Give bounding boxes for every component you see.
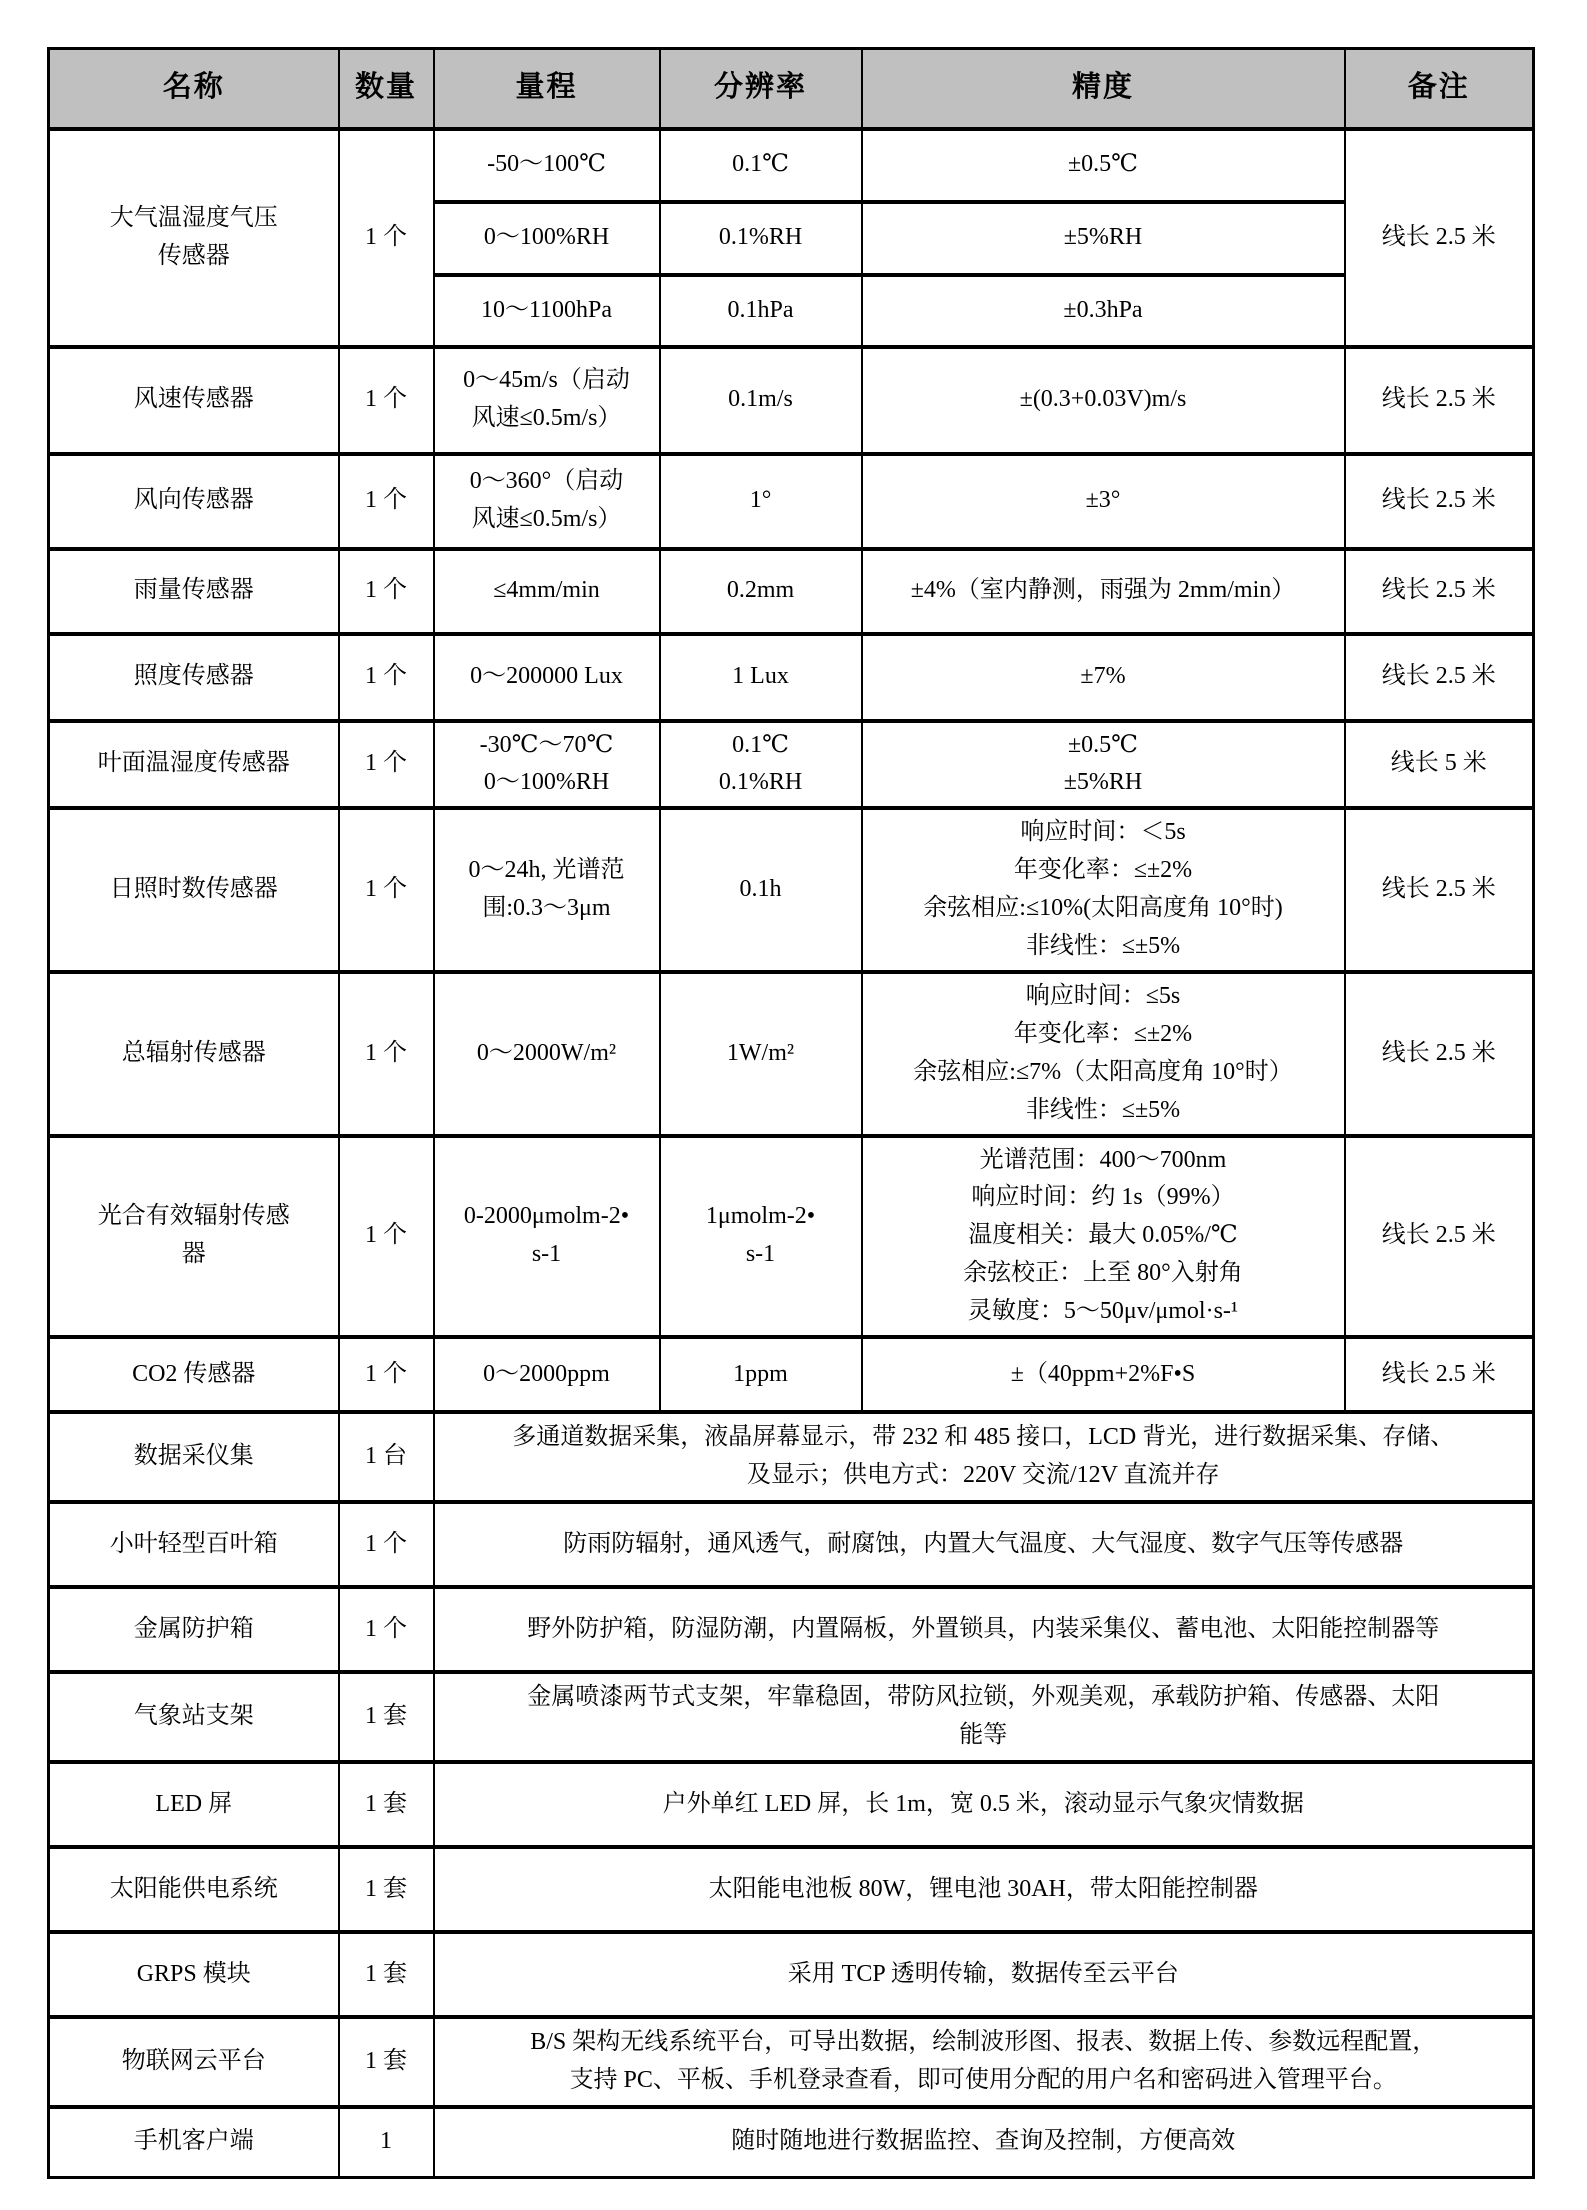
cell-qty: 1 个 — [339, 1587, 434, 1672]
table-row-wind-direction: 风向传感器 1 个 0～360°（启动 风速≤0.5m/s） 1° ±3° 线长… — [49, 454, 1534, 549]
cell-resolution: 0.2mm — [660, 549, 862, 634]
table-row-leaf: 叶面温湿度传感器 1 个 -30℃～70℃ 0～100%RH 0.1℃ 0.1%… — [49, 721, 1534, 809]
header-remark: 备注 — [1345, 49, 1534, 129]
cell-description: 野外防护箱，防湿防潮，内置隔板，外置锁具，内装采集仪、蓄电池、太阳能控制器等 — [434, 1587, 1534, 1672]
cell-qty: 1 — [339, 2107, 434, 2177]
cell-remark: 线长 2.5 米 — [1345, 808, 1534, 972]
cell-description: 随时随地进行数据监控、查询及控制，方便高效 — [434, 2107, 1534, 2177]
table-row-led-screen: LED 屏 1 套 户外单红 LED 屏，长 1m，宽 0.5 米，滚动显示气象… — [49, 1762, 1534, 1847]
cell-qty: 1 个 — [339, 129, 434, 347]
header-range: 量程 — [434, 49, 660, 129]
cell-remark: 线长 2.5 米 — [1345, 1136, 1534, 1338]
cell-sensor-name: LED 屏 — [49, 1762, 339, 1847]
cell-remark: 线长 2.5 米 — [1345, 972, 1534, 1136]
table-row-shelter: 小叶轻型百叶箱 1 个 防雨防辐射，通风透气，耐腐蚀，内置大气温度、大气湿度、数… — [49, 1502, 1534, 1587]
table-row-grps-module: GRPS 模块 1 套 采用 TCP 透明传输，数据传至云平台 — [49, 1932, 1534, 2017]
cell-range: 10～1100hPa — [434, 275, 660, 347]
cell-range: 0～2000ppm — [434, 1337, 660, 1412]
cell-sensor-name: 雨量传感器 — [49, 549, 339, 634]
table-row-illuminance: 照度传感器 1 个 0～200000 Lux 1 Lux ±7% 线长 2.5 … — [49, 634, 1534, 721]
cell-sensor-name: 风速传感器 — [49, 347, 339, 454]
cell-qty: 1 个 — [339, 808, 434, 972]
header-qty: 数量 — [339, 49, 434, 129]
cell-range: 0～360°（启动 风速≤0.5m/s） — [434, 454, 660, 549]
cell-accuracy: 响应时间：＜5s 年变化率：≤±2% 余弦相应:≤10%(太阳高度角 10°时)… — [862, 808, 1345, 972]
cell-accuracy: ±(0.3+0.03V)m/s — [862, 347, 1345, 454]
cell-accuracy: ±0.5℃ — [862, 129, 1345, 202]
cell-remark: 线长 2.5 米 — [1345, 454, 1534, 549]
table-row-atmo-sub1: 大气温湿度气压 传感器 1 个 -50～100℃ 0.1℃ ±0.5℃ 线长 2… — [49, 129, 1534, 202]
table-row-datalogger: 数据采仪集 1 台 多通道数据采集，液晶屏幕显示，带 232 和 485 接口，… — [49, 1412, 1534, 1502]
cell-range: 0～45m/s（启动 风速≤0.5m/s） — [434, 347, 660, 454]
cell-description: 太阳能电池板 80W，锂电池 30AH，带太阳能控制器 — [434, 1847, 1534, 1932]
table-row-co2: CO2 传感器 1 个 0～2000ppm 1ppm ±（40ppm+2%F•S… — [49, 1337, 1534, 1412]
cell-resolution: 0.1m/s — [660, 347, 862, 454]
cell-description: B/S 架构无线系统平台，可导出数据，绘制波形图、报表、数据上传、参数远程配置，… — [434, 2017, 1534, 2107]
cell-sensor-name: 气象站支架 — [49, 1672, 339, 1762]
cell-sensor-name: GRPS 模块 — [49, 1932, 339, 2017]
cell-resolution: 1° — [660, 454, 862, 549]
cell-sensor-name: 金属防护箱 — [49, 1587, 339, 1672]
cell-qty: 1 个 — [339, 549, 434, 634]
document-page: 名称 数量 量程 分辨率 精度 备注 大气温湿度气压 传感器 1 个 -50～1… — [0, 0, 1587, 2210]
cell-qty: 1 套 — [339, 1847, 434, 1932]
cell-accuracy: 响应时间：≤5s 年变化率：≤±2% 余弦相应:≤7%（太阳高度角 10°时） … — [862, 972, 1345, 1136]
cell-description: 采用 TCP 透明传输，数据传至云平台 — [434, 1932, 1534, 2017]
cell-sensor-name: 物联网云平台 — [49, 2017, 339, 2107]
cell-qty: 1 个 — [339, 347, 434, 454]
header-accuracy: 精度 — [862, 49, 1345, 129]
cell-sensor-name: 数据采仪集 — [49, 1412, 339, 1502]
cell-accuracy: ±3° — [862, 454, 1345, 549]
cell-qty: 1 个 — [339, 1337, 434, 1412]
cell-qty: 1 套 — [339, 2017, 434, 2107]
cell-accuracy: ±（40ppm+2%F•S — [862, 1337, 1345, 1412]
cell-description: 户外单红 LED 屏，长 1m，宽 0.5 米，滚动显示气象灾情数据 — [434, 1762, 1534, 1847]
cell-sensor-name: 小叶轻型百叶箱 — [49, 1502, 339, 1587]
cell-range: 0～2000W/m² — [434, 972, 660, 1136]
cell-remark: 线长 2.5 米 — [1345, 1337, 1534, 1412]
cell-qty: 1 套 — [339, 1762, 434, 1847]
cell-range: -30℃～70℃ 0～100%RH — [434, 721, 660, 809]
cell-sensor-name: 照度传感器 — [49, 634, 339, 721]
cell-resolution: 0.1h — [660, 808, 862, 972]
cell-resolution: 1μmolm-2• s-1 — [660, 1136, 862, 1338]
cell-range: 0～100%RH — [434, 202, 660, 275]
cell-description: 多通道数据采集，液晶屏幕显示，带 232 和 485 接口，LCD 背光，进行数… — [434, 1412, 1534, 1502]
cell-description: 防雨防辐射，通风透气，耐腐蚀，内置大气温度、大气湿度、数字气压等传感器 — [434, 1502, 1534, 1587]
cell-range: 0～24h, 光谱范 围:0.3～3μm — [434, 808, 660, 972]
cell-qty: 1 个 — [339, 1136, 434, 1338]
cell-resolution: 0.1℃ 0.1%RH — [660, 721, 862, 809]
table-row-mobile-client: 手机客户端 1 随时随地进行数据监控、查询及控制，方便高效 — [49, 2107, 1534, 2177]
table-row-solar-power: 太阳能供电系统 1 套 太阳能电池板 80W，锂电池 30AH，带太阳能控制器 — [49, 1847, 1534, 1932]
cell-sensor-name: 手机客户端 — [49, 2107, 339, 2177]
table-header-row: 名称 数量 量程 分辨率 精度 备注 — [49, 49, 1534, 129]
cell-remark: 线长 2.5 米 — [1345, 634, 1534, 721]
cell-sensor-name: 风向传感器 — [49, 454, 339, 549]
cell-resolution: 1 Lux — [660, 634, 862, 721]
cell-sensor-name: 光合有效辐射传感 器 — [49, 1136, 339, 1338]
spec-table: 名称 数量 量程 分辨率 精度 备注 大气温湿度气压 传感器 1 个 -50～1… — [47, 47, 1535, 2179]
cell-resolution: 0.1%RH — [660, 202, 862, 275]
cell-resolution: 0.1℃ — [660, 129, 862, 202]
header-name: 名称 — [49, 49, 339, 129]
cell-remark: 线长 5 米 — [1345, 721, 1534, 809]
cell-resolution: 1ppm — [660, 1337, 862, 1412]
table-row-total-radiation: 总辐射传感器 1 个 0～2000W/m² 1W/m² 响应时间：≤5s 年变化… — [49, 972, 1534, 1136]
table-row-par: 光合有效辐射传感 器 1 个 0-2000μmolm-2• s-1 1μmolm… — [49, 1136, 1534, 1338]
cell-range: 0-2000μmolm-2• s-1 — [434, 1136, 660, 1338]
header-resolution: 分辨率 — [660, 49, 862, 129]
cell-qty: 1 个 — [339, 972, 434, 1136]
cell-sensor-name: 叶面温湿度传感器 — [49, 721, 339, 809]
table-row-metal-box: 金属防护箱 1 个 野外防护箱，防湿防潮，内置隔板，外置锁具，内装采集仪、蓄电池… — [49, 1587, 1534, 1672]
cell-accuracy: ±0.3hPa — [862, 275, 1345, 347]
cell-qty: 1 套 — [339, 1672, 434, 1762]
cell-sensor-name: 总辐射传感器 — [49, 972, 339, 1136]
cell-resolution: 1W/m² — [660, 972, 862, 1136]
cell-qty: 1 套 — [339, 1932, 434, 2017]
cell-sensor-name: CO2 传感器 — [49, 1337, 339, 1412]
table-row-rain: 雨量传感器 1 个 ≤4mm/min 0.2mm ±4%（室内静测，雨强为 2m… — [49, 549, 1534, 634]
table-row-bracket: 气象站支架 1 套 金属喷漆两节式支架，牢靠稳固，带防风拉锁，外观美观，承载防护… — [49, 1672, 1534, 1762]
cell-accuracy: ±0.5℃ ±5%RH — [862, 721, 1345, 809]
cell-range: ≤4mm/min — [434, 549, 660, 634]
cell-remark: 线长 2.5 米 — [1345, 549, 1534, 634]
cell-range: -50～100℃ — [434, 129, 660, 202]
table-row-wind-speed: 风速传感器 1 个 0～45m/s（启动 风速≤0.5m/s） 0.1m/s ±… — [49, 347, 1534, 454]
table-row-iot-cloud: 物联网云平台 1 套 B/S 架构无线系统平台，可导出数据，绘制波形图、报表、数… — [49, 2017, 1534, 2107]
cell-qty: 1 个 — [339, 634, 434, 721]
cell-sensor-name: 大气温湿度气压 传感器 — [49, 129, 339, 347]
cell-sensor-name: 太阳能供电系统 — [49, 1847, 339, 1932]
cell-range: 0～200000 Lux — [434, 634, 660, 721]
cell-qty: 1 个 — [339, 721, 434, 809]
cell-description: 金属喷漆两节式支架，牢靠稳固，带防风拉锁，外观美观，承载防护箱、传感器、太阳 能… — [434, 1672, 1534, 1762]
cell-accuracy: ±4%（室内静测，雨强为 2mm/min） — [862, 549, 1345, 634]
cell-remark: 线长 2.5 米 — [1345, 347, 1534, 454]
cell-qty: 1 个 — [339, 1502, 434, 1587]
cell-remark: 线长 2.5 米 — [1345, 129, 1534, 347]
table-row-sunshine: 日照时数传感器 1 个 0～24h, 光谱范 围:0.3～3μm 0.1h 响应… — [49, 808, 1534, 972]
cell-qty: 1 台 — [339, 1412, 434, 1502]
cell-resolution: 0.1hPa — [660, 275, 862, 347]
cell-accuracy: 光谱范围：400～700nm 响应时间：约 1s（99%） 温度相关：最大 0.… — [862, 1136, 1345, 1338]
cell-accuracy: ±7% — [862, 634, 1345, 721]
cell-accuracy: ±5%RH — [862, 202, 1345, 275]
cell-sensor-name: 日照时数传感器 — [49, 808, 339, 972]
cell-qty: 1 个 — [339, 454, 434, 549]
